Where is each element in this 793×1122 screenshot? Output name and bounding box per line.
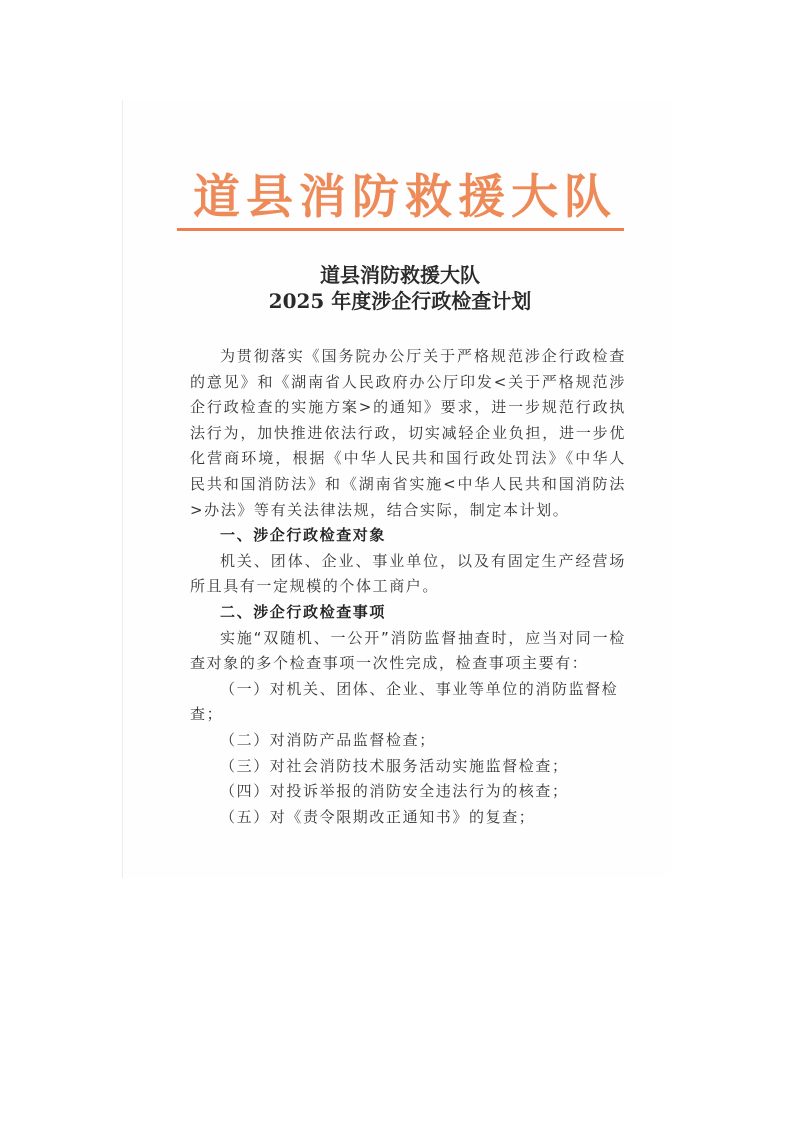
intro-paragraph: 为贯彻落实《国务院办公厅关于严格规范涉企行政检查的意见》和《湖南省人民政府办公厅… (190, 344, 626, 523)
letterhead-divider (177, 228, 624, 231)
list-item: （五）对《责令限期改正通知书》的复查； (190, 805, 626, 831)
section-2-paragraph: 实施“双随机、一公开”消防监督抽查时，应当对同一检查对象的多个检查事项一次性完成… (190, 626, 626, 677)
list-item: （三）对社会消防技术服务活动实施监督检查； (190, 754, 626, 780)
section-heading-1: 一、涉企行政检查对象 (190, 523, 626, 549)
document-body: 为贯彻落实《国务院办公厅关于严格规范涉企行政检查的意见》和《湖南省人民政府办公厅… (190, 344, 626, 830)
document-title: 道县消防救援大队 2025 年度涉企行政检查计划 (200, 262, 600, 314)
list-item: （二）对消防产品监督检查； (190, 728, 626, 754)
list-item: （四）对投诉举报的消防安全违法行为的核查； (190, 779, 626, 805)
letterhead-title: 道县消防救援大队 (180, 168, 630, 228)
title-line-2: 2025 年度涉企行政检查计划 (200, 288, 600, 314)
list-item: （一）对机关、团体、企业、事业等单位的消防监督检查； (190, 677, 626, 728)
section-1-paragraph: 机关、团体、企业、事业单位，以及有固定生产经营场所且具有一定规模的个体工商户。 (190, 549, 626, 600)
title-line-1: 道县消防救援大队 (200, 262, 600, 288)
section-heading-2: 二、涉企行政检查事项 (190, 600, 626, 626)
